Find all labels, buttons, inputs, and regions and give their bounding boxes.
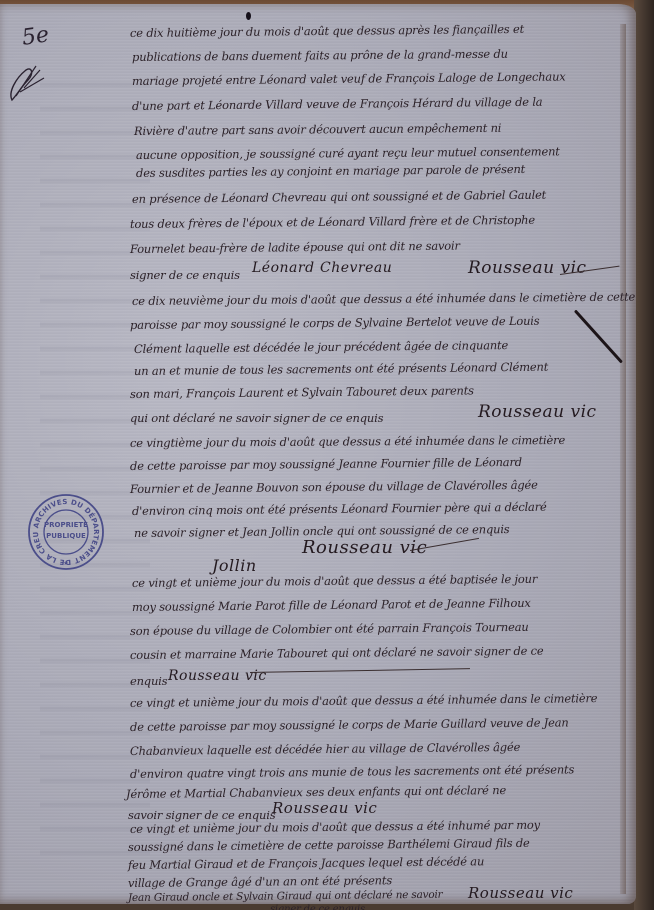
signature-witness-1: Léonard xyxy=(252,260,315,276)
entry-1-line: Fournelet beau-frère de ladite épouse qu… xyxy=(130,239,460,256)
signature-cure: Rousseau vic xyxy=(468,258,587,278)
entry-2-line: son mari, François Laurent et Sylvain Ta… xyxy=(130,383,474,401)
entry-1-line: Rivière d'autre part sans avoir découver… xyxy=(134,121,501,138)
stamp-line-1: PROPRIETE xyxy=(27,520,105,531)
entry-4-line: cousin et marraine Marie Tabouret qui on… xyxy=(130,644,544,662)
page-edge xyxy=(620,24,626,894)
entry-4-line: ce vingt et unième jour du mois d'août q… xyxy=(132,572,537,590)
stamp-center-text: PROPRIETE PUBLIQUE xyxy=(27,520,105,542)
register-page: 5e ce dix huitième jour du mois d'août q… xyxy=(0,4,636,904)
signature-cure: Rousseau vic xyxy=(272,799,377,817)
entry-2-line: qui ont déclaré ne savoir signer de ce e… xyxy=(130,411,383,425)
entry-6-line: village de Grange âgé d'un an ont été pr… xyxy=(128,873,392,890)
book-binding-right xyxy=(634,0,654,910)
folio-number: 5e xyxy=(20,22,50,51)
entry-6-line: Jean Giraud oncle et Sylvain Giraud qui … xyxy=(128,889,443,904)
svg-text:★: ★ xyxy=(63,560,68,567)
entry-2-line: ce dix neuvième jour du mois d'août que … xyxy=(132,290,635,308)
entry-1-line: des susdites parties les ay conjoint en … xyxy=(136,162,525,180)
entry-1-line: en présence de Léonard Chevreau qui ont … xyxy=(132,188,546,206)
entry-3-line: de cette paroisse par moy soussigné Jean… xyxy=(130,455,522,473)
entry-2-line: Clément laquelle est décédée le jour pré… xyxy=(134,338,508,356)
signature-witness: Jollin xyxy=(212,556,257,575)
entry-4-line: enquis xyxy=(130,674,167,688)
entry-2-line: un an et munie de tous les sacrements on… xyxy=(134,360,548,378)
entry-5-line: de cette paroisse par moy soussigné le c… xyxy=(130,715,569,734)
entry-1-line: mariage projeté entre Léonard valet veuf… xyxy=(132,69,566,88)
signature-cure: Rousseau vic xyxy=(302,537,427,558)
entry-4-line: son épouse du village de Colombier ont é… xyxy=(130,620,529,638)
entry-1-line: ce dix huitième jour du mois d'août que … xyxy=(130,22,524,40)
entry-2-line: paroisse par moy soussigné le corps de S… xyxy=(130,314,540,332)
stamp-line-2: PUBLIQUE xyxy=(27,531,105,542)
archive-stamp: ARCHIVES DU DÉPARTEMENT DE LA CREUSE ★ P… xyxy=(27,493,105,571)
entry-1-line: publications de bans duement faits au pr… xyxy=(132,47,508,64)
entry-4-line: moy soussigné Marie Parot fille de Léona… xyxy=(132,596,531,614)
entry-3-line: d'environ cinq mois ont été présents Léo… xyxy=(132,500,547,518)
ink-blot xyxy=(246,12,251,20)
entry-1-line: signer de ce enquis xyxy=(130,268,240,282)
entry-1-line: d'une part et Léonarde Villard veuve de … xyxy=(132,95,543,113)
ink-strike-mark xyxy=(574,309,623,363)
entry-6-line: ce vingt et unième jour du mois d'août q… xyxy=(130,818,540,836)
entry-1-line: tous deux frères de l'époux et de Léonar… xyxy=(130,213,535,231)
entry-5-line: ce vingt et unième jour du mois d'août q… xyxy=(130,691,598,710)
signature-cure: Rousseau vic xyxy=(478,402,597,422)
entry-3-line: ce vingtième jour du mois d'août que des… xyxy=(130,433,565,450)
separator-flourish xyxy=(250,668,470,673)
entry-6-line: signer de ce enquis xyxy=(270,904,365,910)
entry-1-line: aucune opposition, je soussigné curé aya… xyxy=(136,144,560,162)
entry-5-line: Chabanvieux laquelle est décédée hier au… xyxy=(130,740,520,758)
signature-cure: Rousseau vic xyxy=(468,884,573,902)
entry-6-line: soussigné dans le cimetière de cette par… xyxy=(128,836,530,854)
entry-5-line: d'environ quatre vingt trois ans munie d… xyxy=(130,762,574,781)
entry-6-line: feu Martial Giraud et de François Jacque… xyxy=(128,854,484,872)
entry-3-line: Fournier et de Jeanne Bouvon son épouse … xyxy=(130,478,538,496)
signature-witness-2: Chevreau xyxy=(320,260,392,276)
margin-paraph-icon xyxy=(6,56,50,106)
signature-cure: Rousseau vic xyxy=(168,668,267,684)
